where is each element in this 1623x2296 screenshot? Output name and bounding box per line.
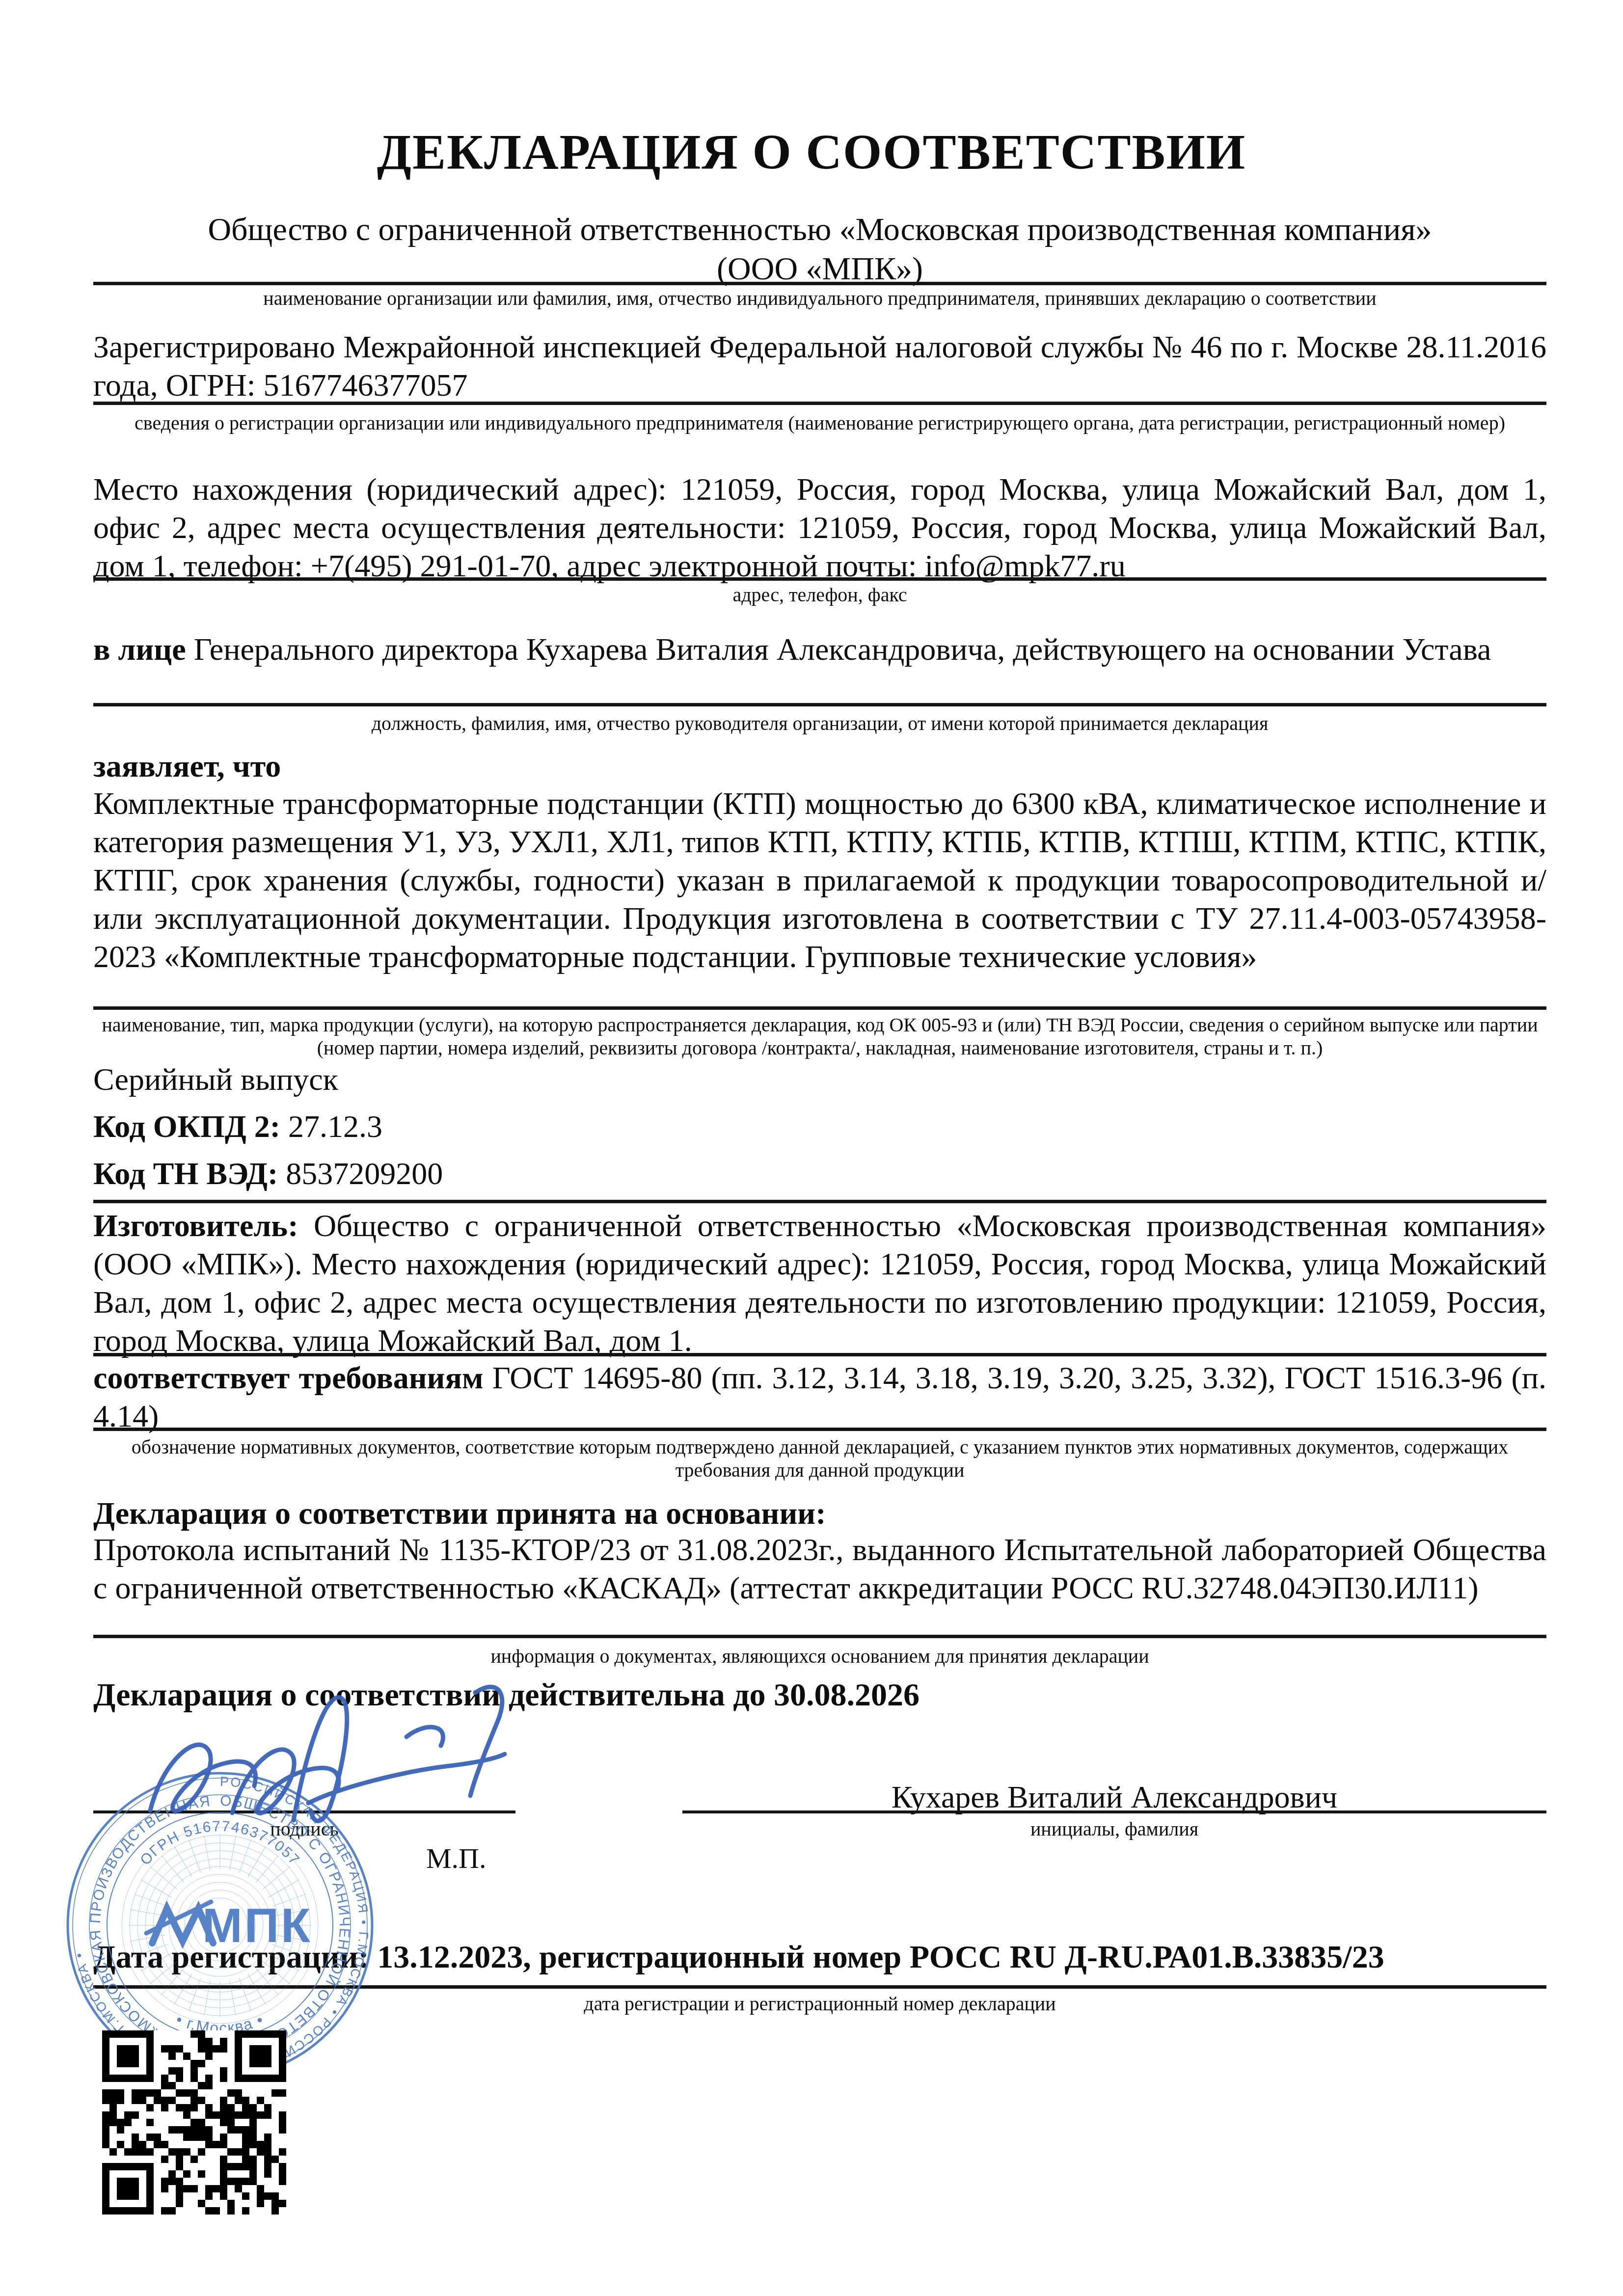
- signer-name: Кухарев Виталий Александрович: [682, 1779, 1546, 1815]
- declaration-document: ДЕКЛАРАЦИЯ О СООТВЕТСТВИИ Общество с огр…: [0, 0, 1623, 2296]
- organization-name-line1: Общество с ограниченной ответственностью…: [93, 210, 1546, 249]
- person-rest: Генерального директора Кухарева Виталия …: [186, 632, 1491, 667]
- org-caption: наименование организации или фамилия, им…: [93, 287, 1546, 310]
- compliance-paragraph: соответствует требованиям ГОСТ 14695-80 …: [93, 1359, 1546, 1435]
- basis-paragraph: Протокола испытаний № 1135-КТОР/23 от 31…: [93, 1531, 1546, 1607]
- serial-release: Серийный выпуск: [93, 1060, 1546, 1099]
- divider-rule: [93, 577, 1546, 581]
- organization-name: Общество с ограниченной ответственностью…: [93, 210, 1546, 289]
- okpd-value: 27.12.3: [280, 1109, 382, 1144]
- qr-code: [102, 2030, 286, 2215]
- manufacturer-paragraph: Изготовитель: Общество с ограниченной от…: [93, 1207, 1546, 1360]
- divider-rule: [93, 1428, 1546, 1431]
- declares-heading: заявляет, что: [93, 747, 1546, 785]
- standards-caption: обозначение нормативных документов, соот…: [93, 1435, 1546, 1482]
- address-paragraph: Место нахождения (юридический адрес): 12…: [93, 470, 1546, 585]
- name-caption: инициалы, фамилия: [682, 1817, 1546, 1840]
- product-caption: наименование, тип, марка продукции (услу…: [93, 1013, 1546, 1059]
- okpd-label: Код ОКПД 2:: [93, 1109, 280, 1144]
- divider-rule: [93, 1006, 1546, 1010]
- registration-paragraph: Зарегистрировано Межрайонной инспекцией …: [93, 328, 1546, 405]
- divider-rule: [93, 402, 1546, 405]
- divider-rule: [93, 282, 1546, 285]
- manufacturer-rest: Общество с ограниченной ответственностью…: [93, 1208, 1546, 1358]
- compliance-lead: соответствует требованиям: [93, 1360, 484, 1395]
- page-title: ДЕКЛАРАЦИЯ О СООТВЕТСТВИИ: [0, 124, 1623, 181]
- okpd-code-line: Код ОКПД 2: 27.12.3: [93, 1107, 1546, 1146]
- divider-rule: [93, 703, 1546, 706]
- person-paragraph: в лице Генерального директора Кухарева В…: [93, 630, 1546, 669]
- person-caption: должность, фамилия, имя, отчество руково…: [93, 712, 1546, 735]
- product-paragraph: Комплектные трансформаторные подстанции …: [93, 784, 1546, 976]
- tnved-value: 8537209200: [278, 1156, 443, 1191]
- stamp-center-text: МПК: [202, 1898, 312, 1952]
- divider-rule: [93, 1200, 1546, 1203]
- tnved-label: Код ТН ВЭД:: [93, 1156, 278, 1191]
- address-caption: адрес, телефон, факс: [93, 583, 1546, 606]
- divider-rule: [93, 1353, 1546, 1356]
- divider-rule: [93, 1635, 1546, 1638]
- signature: [132, 1663, 524, 1869]
- person-lead: в лице: [93, 632, 186, 667]
- registration-caption: сведения о регистрации организации или и…: [93, 411, 1546, 434]
- manufacturer-lead: Изготовитель:: [93, 1208, 298, 1243]
- basis-heading: Декларация о соответствии принята на осн…: [93, 1494, 1546, 1533]
- name-line: [682, 1810, 1546, 1813]
- tnved-code-line: Код ТН ВЭД: 8537209200: [93, 1155, 1546, 1193]
